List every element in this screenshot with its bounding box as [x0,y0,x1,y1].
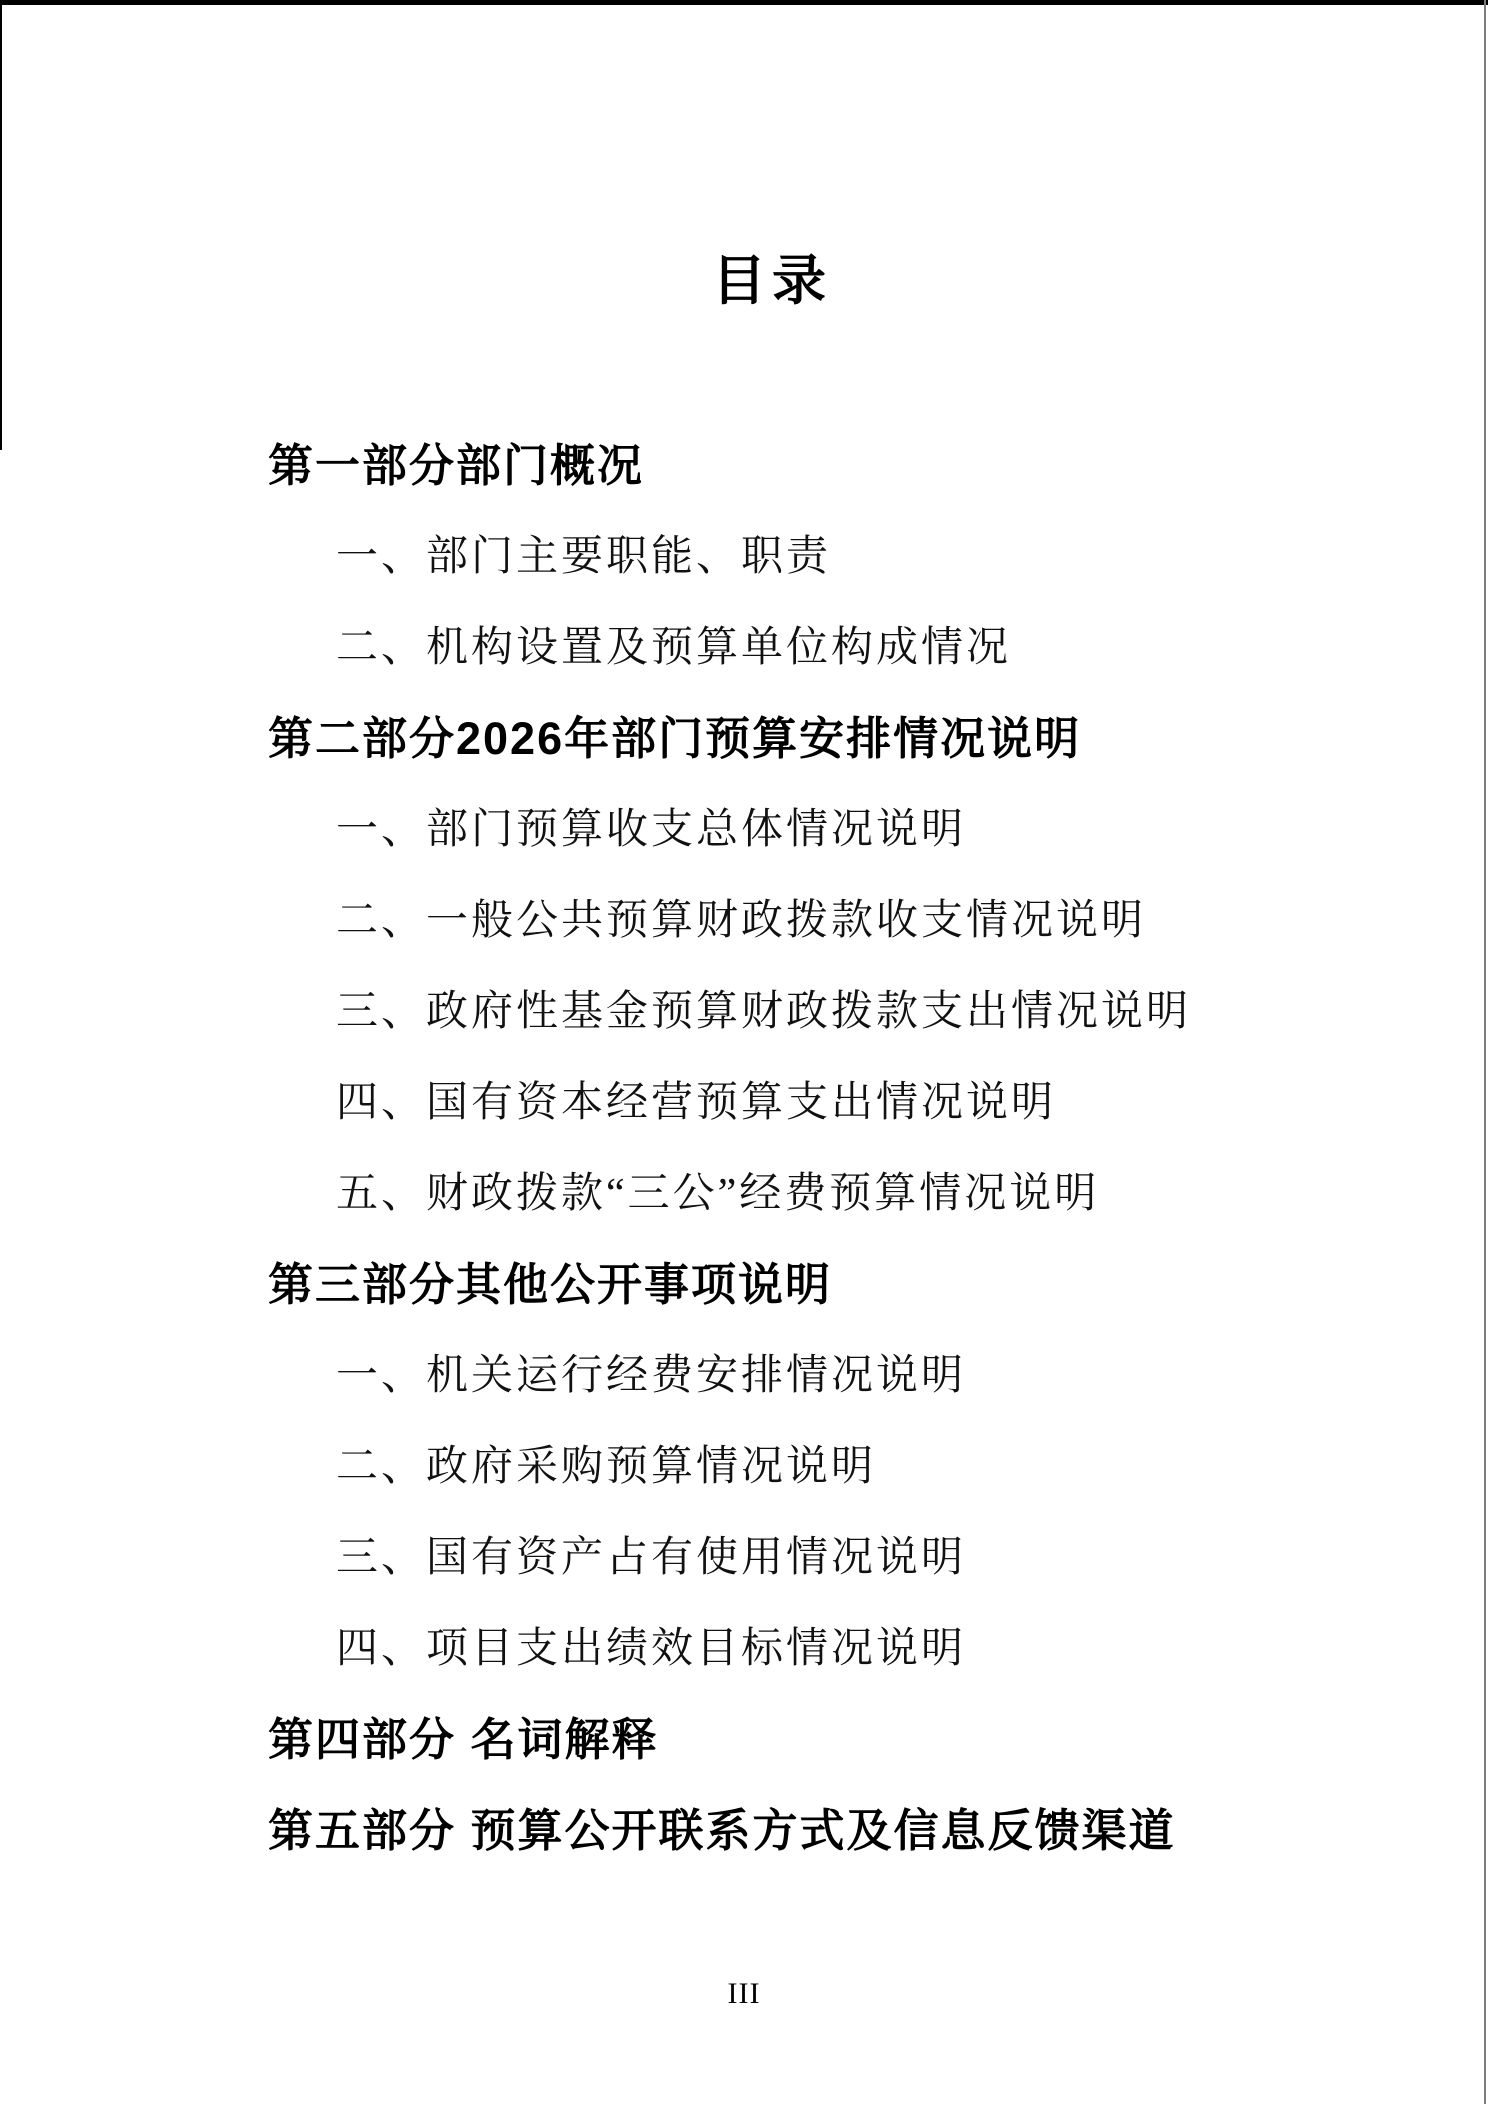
toc-item: 二、机构设置及预算单位构成情况 [0,598,1488,689]
page-number: III [0,1964,1488,2024]
scan-top-edge-line [0,0,1488,5]
toc-section-heading: 第三部分其他公开事项说明 [0,1235,1488,1326]
toc-item: 一、机关运行经费安排情况说明 [0,1326,1488,1417]
toc-item: 一、部门主要职能、职责 [0,507,1488,598]
toc-item: 四、项目支出绩效目标情况说明 [0,1599,1488,1690]
toc-section-heading: 第四部分 名词解释 [0,1690,1488,1781]
toc-item: 四、国有资本经营预算支出情况说明 [0,1053,1488,1144]
toc-item: 二、一般公共预算财政拨款收支情况说明 [0,871,1488,962]
toc-item: 三、政府性基金预算财政拨款支出情况说明 [0,962,1488,1053]
toc-section-heading: 第二部分2026年部门预算安排情况说明 [0,689,1488,780]
toc-item: 五、财政拨款“三公”经费预算情况说明 [0,1144,1488,1235]
scan-right-edge-line [1484,0,1486,2104]
toc-item: 三、国有资产占有使用情况说明 [0,1508,1488,1599]
page-title: 目录 [0,36,1488,316]
toc-section-heading: 第一部分部门概况 [0,416,1488,507]
document-page: 目录 第一部分部门概况 一、部门主要职能、职责 二、机构设置及预算单位构成情况 … [0,0,1488,2104]
toc-item: 一、部门预算收支总体情况说明 [0,780,1488,871]
toc-item: 二、政府采购预算情况说明 [0,1417,1488,1508]
table-of-contents: 第一部分部门概况 一、部门主要职能、职责 二、机构设置及预算单位构成情况 第二部… [0,416,1488,1872]
toc-section-heading: 第五部分 预算公开联系方式及信息反馈渠道 [0,1781,1488,1872]
scan-left-edge-line [0,0,2,450]
